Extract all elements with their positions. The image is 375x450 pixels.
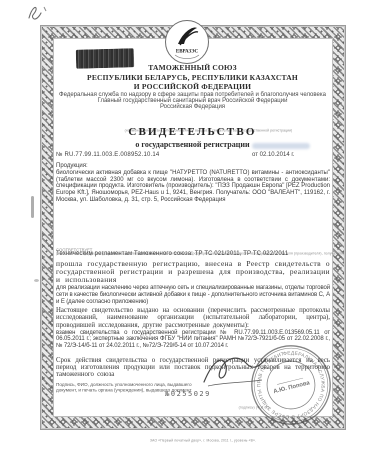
redacted-stamp-block bbox=[76, 48, 134, 69]
stamp-name: А.Ю. Попова bbox=[273, 380, 311, 395]
authority-line3: Российская Федерация bbox=[48, 104, 337, 110]
product-label: Продукция: bbox=[56, 163, 330, 170]
registered-paragraph: прошла государственную регистрацию, внес… bbox=[56, 260, 330, 283]
handwritten-mark bbox=[22, 1, 52, 27]
customs-union-line3: И РОССИЙСКОЙ ФЕДЕРАЦИИ bbox=[48, 82, 337, 92]
scan-smudge bbox=[252, 143, 310, 149]
product-text: биологически активная добавка к пище "НА… bbox=[56, 170, 330, 203]
basis-label-paragraph: Настоящее свидетельство выдано на основа… bbox=[56, 307, 330, 329]
product-description: Продукция: биологически активная добавка… bbox=[56, 163, 330, 204]
usage-paragraph: для реализации населению через аптечную … bbox=[56, 285, 330, 305]
registration-number: № RU.77.99.11.003.E.008952.10.14 bbox=[56, 152, 159, 158]
registration-date: от 02.10.2014 г. bbox=[252, 152, 294, 158]
eurasec-emblem: ЕВРАЗЭС bbox=[164, 19, 210, 65]
printer-microtext: ЗАО «Первый печатный двор», г. Москва, 2… bbox=[150, 429, 336, 435]
issuer-microtext: (наименование органа, уполномоченного вы… bbox=[56, 119, 330, 125]
certificate-title: СВИДЕТЕЛЬСТВО bbox=[48, 126, 337, 138]
document-header: ТАМОЖЕННЫЙ СОЮЗ РЕСПУБЛИКИ БЕЛАРУСЬ, РЕС… bbox=[48, 63, 337, 111]
emblem-label: ЕВРАЗЭС bbox=[176, 50, 199, 55]
round-stamp: ФЕДЕРАЛЬНАЯ СЛУЖБА ПО НАДЗОРУ В СФЕРЕ ЗА… bbox=[248, 342, 334, 428]
compliance-form-label: СООТВЕТСТВУЕТ bbox=[56, 249, 248, 253]
certificate-page: ТАМОЖЕННЫЙ СОЮЗ РЕСПУБЛИКИ БЕЛАРУСЬ, РЕС… bbox=[0, 0, 375, 450]
customs-union-line2: РЕСПУБЛИКИ БЕЛАРУСЬ, РЕСПУБЛИКИ КАЗАХСТА… bbox=[48, 73, 337, 83]
authority-line1: Федеральная служба по надзору в сфере за… bbox=[48, 92, 337, 98]
product-microtext: (наименование продукции, документы, в со… bbox=[56, 242, 330, 248]
